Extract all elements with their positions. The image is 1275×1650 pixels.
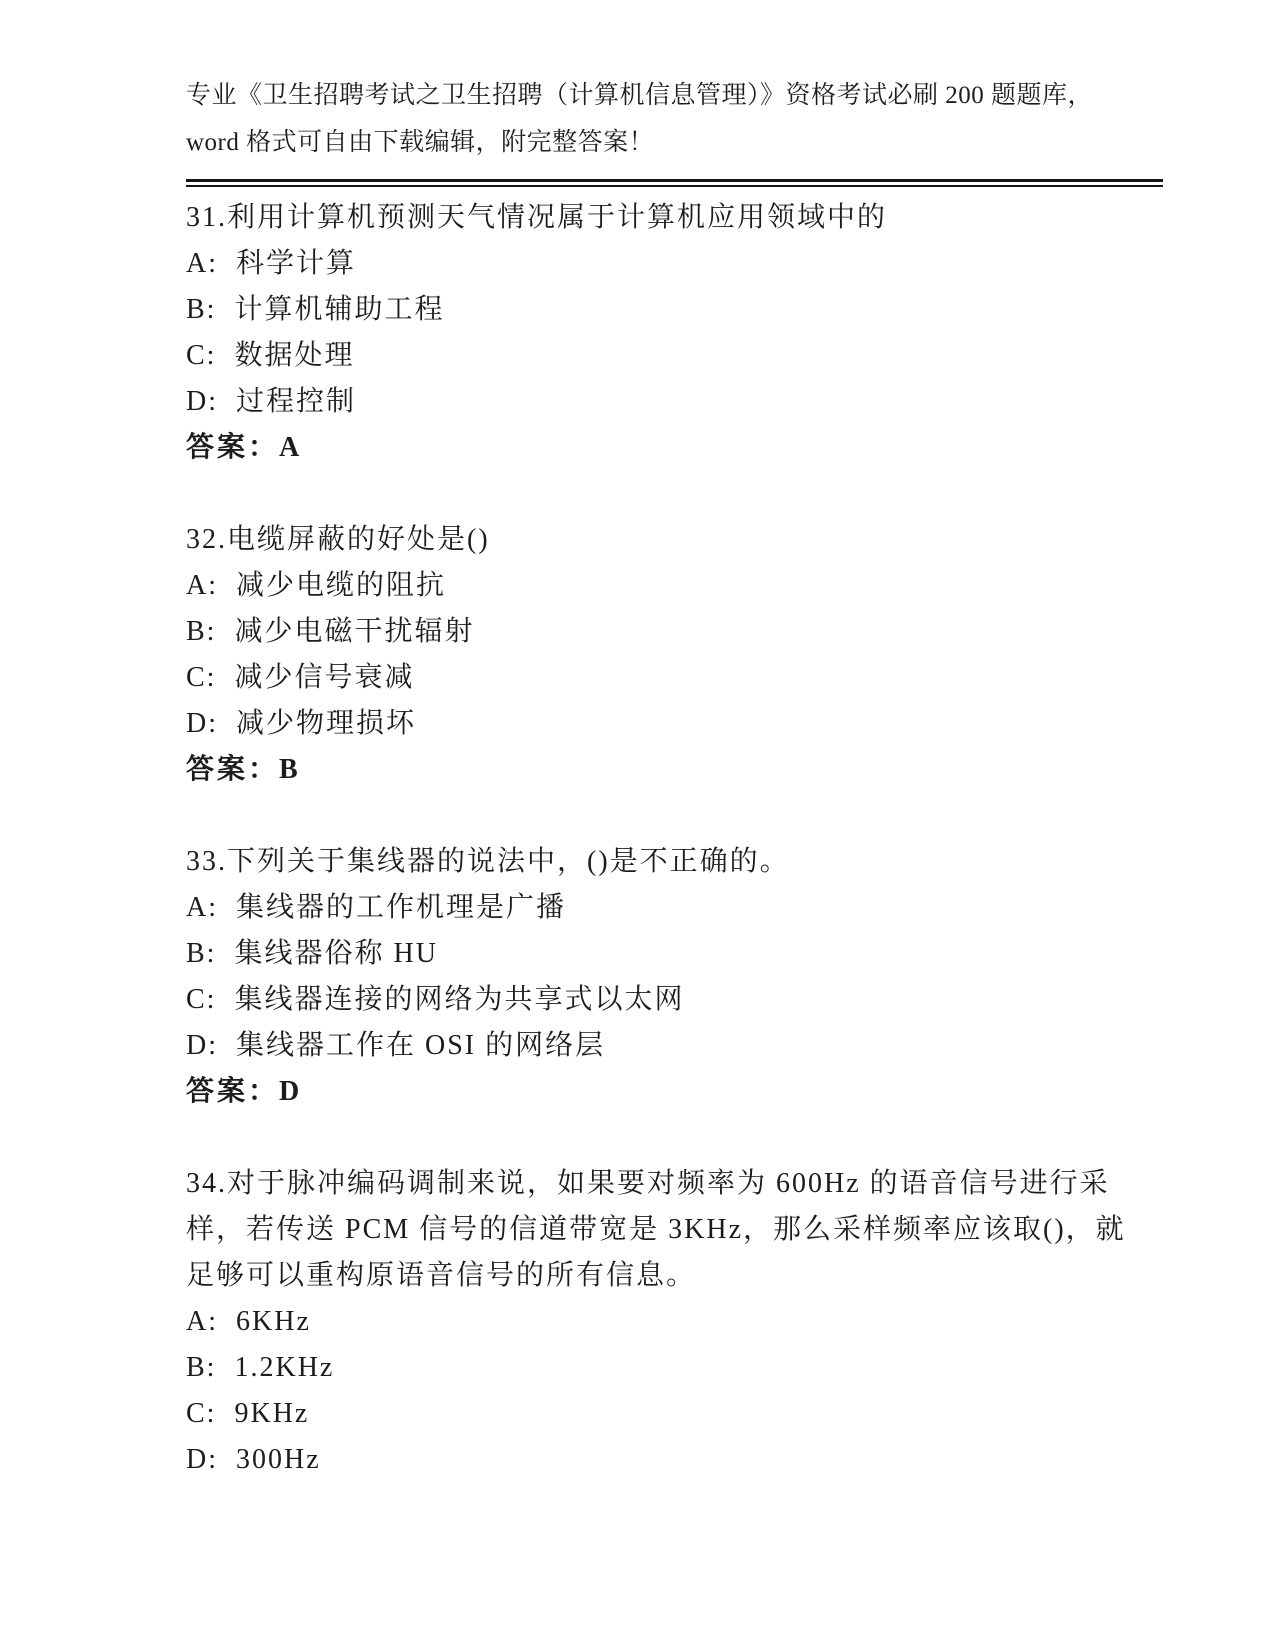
question-text: 电缆屏蔽的好处是(): [227, 524, 490, 555]
question-text-line: 31.利用计算机预测天气情况属于计算机应用领域中的: [186, 195, 1163, 241]
option-text: 6KHz: [236, 1306, 311, 1337]
question-title: 34.对于脉冲编码调制来说，如果要对频率为 600Hz 的语音信号进行采样，若传…: [186, 1161, 1163, 1299]
option-text: 计算机辅助工程: [234, 294, 444, 325]
question-title: 33.下列关于集线器的说法中，()是不正确的。: [186, 839, 1163, 885]
option-label: B:: [186, 287, 216, 333]
option-row: D:集线器工作在 OSI 的网络层: [186, 1023, 1163, 1069]
header-text-line-2: word 格式可自由下载编辑，附完整答案！: [186, 119, 1163, 166]
option-label: B:: [186, 931, 216, 977]
option-label: C:: [186, 1391, 216, 1437]
question-text: 下列关于集线器的说法中，()是不正确的。: [227, 846, 790, 877]
answer-line: 答案：D: [186, 1069, 1163, 1115]
option-label: C:: [186, 655, 216, 701]
answer-line: 答案：A: [186, 425, 1163, 471]
option-label: B:: [186, 609, 216, 655]
option-row: B:计算机辅助工程: [186, 287, 1163, 333]
option-text: 减少信号衰减: [234, 662, 414, 693]
option-label: A:: [186, 885, 218, 931]
option-label: D:: [186, 701, 218, 747]
question-title: 32.电缆屏蔽的好处是(): [186, 517, 1163, 563]
question-number: 31.: [186, 202, 227, 233]
option-row: D:过程控制: [186, 379, 1163, 425]
option-text: 减少物理损坏: [236, 708, 416, 739]
option-row: C:数据处理: [186, 333, 1163, 379]
option-label: A:: [186, 241, 218, 287]
option-text: 集线器连接的网络为共享式以太网: [234, 984, 684, 1015]
question-list: 31.利用计算机预测天气情况属于计算机应用领域中的 A:科学计算 B:计算机辅助…: [186, 195, 1163, 1483]
question-block: 32.电缆屏蔽的好处是() A:减少电缆的阻抗 B:减少电磁干扰辐射 C:减少信…: [186, 517, 1163, 793]
question-block: 31.利用计算机预测天气情况属于计算机应用领域中的 A:科学计算 B:计算机辅助…: [186, 195, 1163, 471]
option-text: 科学计算: [236, 248, 356, 279]
option-row: A:集线器的工作机理是广播: [186, 885, 1163, 931]
option-text: 减少电磁干扰辐射: [234, 616, 474, 647]
question-number: 33.: [186, 846, 227, 877]
question-options: A:科学计算 B:计算机辅助工程 C:数据处理 D:过程控制: [186, 241, 1163, 425]
question-text-line: 33.下列关于集线器的说法中，()是不正确的。: [186, 839, 1163, 885]
option-text: 减少电缆的阻抗: [236, 570, 446, 601]
option-row: D:减少物理损坏: [186, 701, 1163, 747]
header-text-line-1: 专业《卫生招聘考试之卫生招聘（计算机信息管理）》资格考试必刷 200 题题库，: [186, 72, 1163, 119]
header-divider-double-rule: [186, 179, 1163, 187]
question-number: 32.: [186, 524, 227, 555]
question-number: 34.: [186, 1168, 227, 1199]
option-text: 过程控制: [236, 386, 356, 417]
question-text-line: 32.电缆屏蔽的好处是(): [186, 517, 1163, 563]
option-row: D:300Hz: [186, 1437, 1163, 1483]
option-row: B:减少电磁干扰辐射: [186, 609, 1163, 655]
question-title: 31.利用计算机预测天气情况属于计算机应用领域中的: [186, 195, 1163, 241]
question-text: 对于脉冲编码调制来说，如果要对频率为 600Hz 的语音信号进行采: [227, 1168, 1110, 1199]
option-row: A:减少电缆的阻抗: [186, 563, 1163, 609]
option-row: A:科学计算: [186, 241, 1163, 287]
question-options: A:减少电缆的阻抗 B:减少电磁干扰辐射 C:减少信号衰减 D:减少物理损坏: [186, 563, 1163, 747]
option-text: 数据处理: [234, 340, 354, 371]
option-row: C:9KHz: [186, 1391, 1163, 1437]
option-row: C:集线器连接的网络为共享式以太网: [186, 977, 1163, 1023]
option-label: D:: [186, 379, 218, 425]
question-text: 利用计算机预测天气情况属于计算机应用领域中的: [227, 202, 887, 233]
option-label: B:: [186, 1345, 216, 1391]
option-row: B:1.2KHz: [186, 1345, 1163, 1391]
question-options: A:集线器的工作机理是广播 B:集线器俗称 HU C:集线器连接的网络为共享式以…: [186, 885, 1163, 1069]
option-label: D:: [186, 1437, 218, 1483]
document-page: 专业《卫生招聘考试之卫生招聘（计算机信息管理）》资格考试必刷 200 题题库， …: [0, 0, 1275, 1650]
option-text: 9KHz: [234, 1398, 309, 1429]
option-label: C:: [186, 333, 216, 379]
question-text-line: 足够可以重构原语音信号的所有信息。: [186, 1253, 1163, 1299]
option-text: 集线器工作在 OSI 的网络层: [236, 1030, 605, 1061]
option-label: A:: [186, 1299, 218, 1345]
option-label: A:: [186, 563, 218, 609]
question-block: 33.下列关于集线器的说法中，()是不正确的。 A:集线器的工作机理是广播 B:…: [186, 839, 1163, 1115]
option-row: C:减少信号衰减: [186, 655, 1163, 701]
question-text-line: 34.对于脉冲编码调制来说，如果要对频率为 600Hz 的语音信号进行采: [186, 1161, 1163, 1207]
answer-line: 答案：B: [186, 747, 1163, 793]
question-block: 34.对于脉冲编码调制来说，如果要对频率为 600Hz 的语音信号进行采样，若传…: [186, 1161, 1163, 1483]
question-text-line: 样，若传送 PCM 信号的信道带宽是 3KHz，那么采样频率应该取()，就: [186, 1207, 1163, 1253]
question-options: A:6KHz B:1.2KHz C:9KHz D:300Hz: [186, 1299, 1163, 1483]
option-row: B:集线器俗称 HU: [186, 931, 1163, 977]
document-header: 专业《卫生招聘考试之卫生招聘（计算机信息管理）》资格考试必刷 200 题题库， …: [186, 72, 1163, 166]
option-text: 1.2KHz: [234, 1352, 334, 1383]
option-label: D:: [186, 1023, 218, 1069]
option-label: C:: [186, 977, 216, 1023]
option-text: 300Hz: [236, 1444, 321, 1475]
option-text: 集线器俗称 HU: [234, 938, 437, 969]
option-row: A:6KHz: [186, 1299, 1163, 1345]
option-text: 集线器的工作机理是广播: [236, 892, 566, 923]
